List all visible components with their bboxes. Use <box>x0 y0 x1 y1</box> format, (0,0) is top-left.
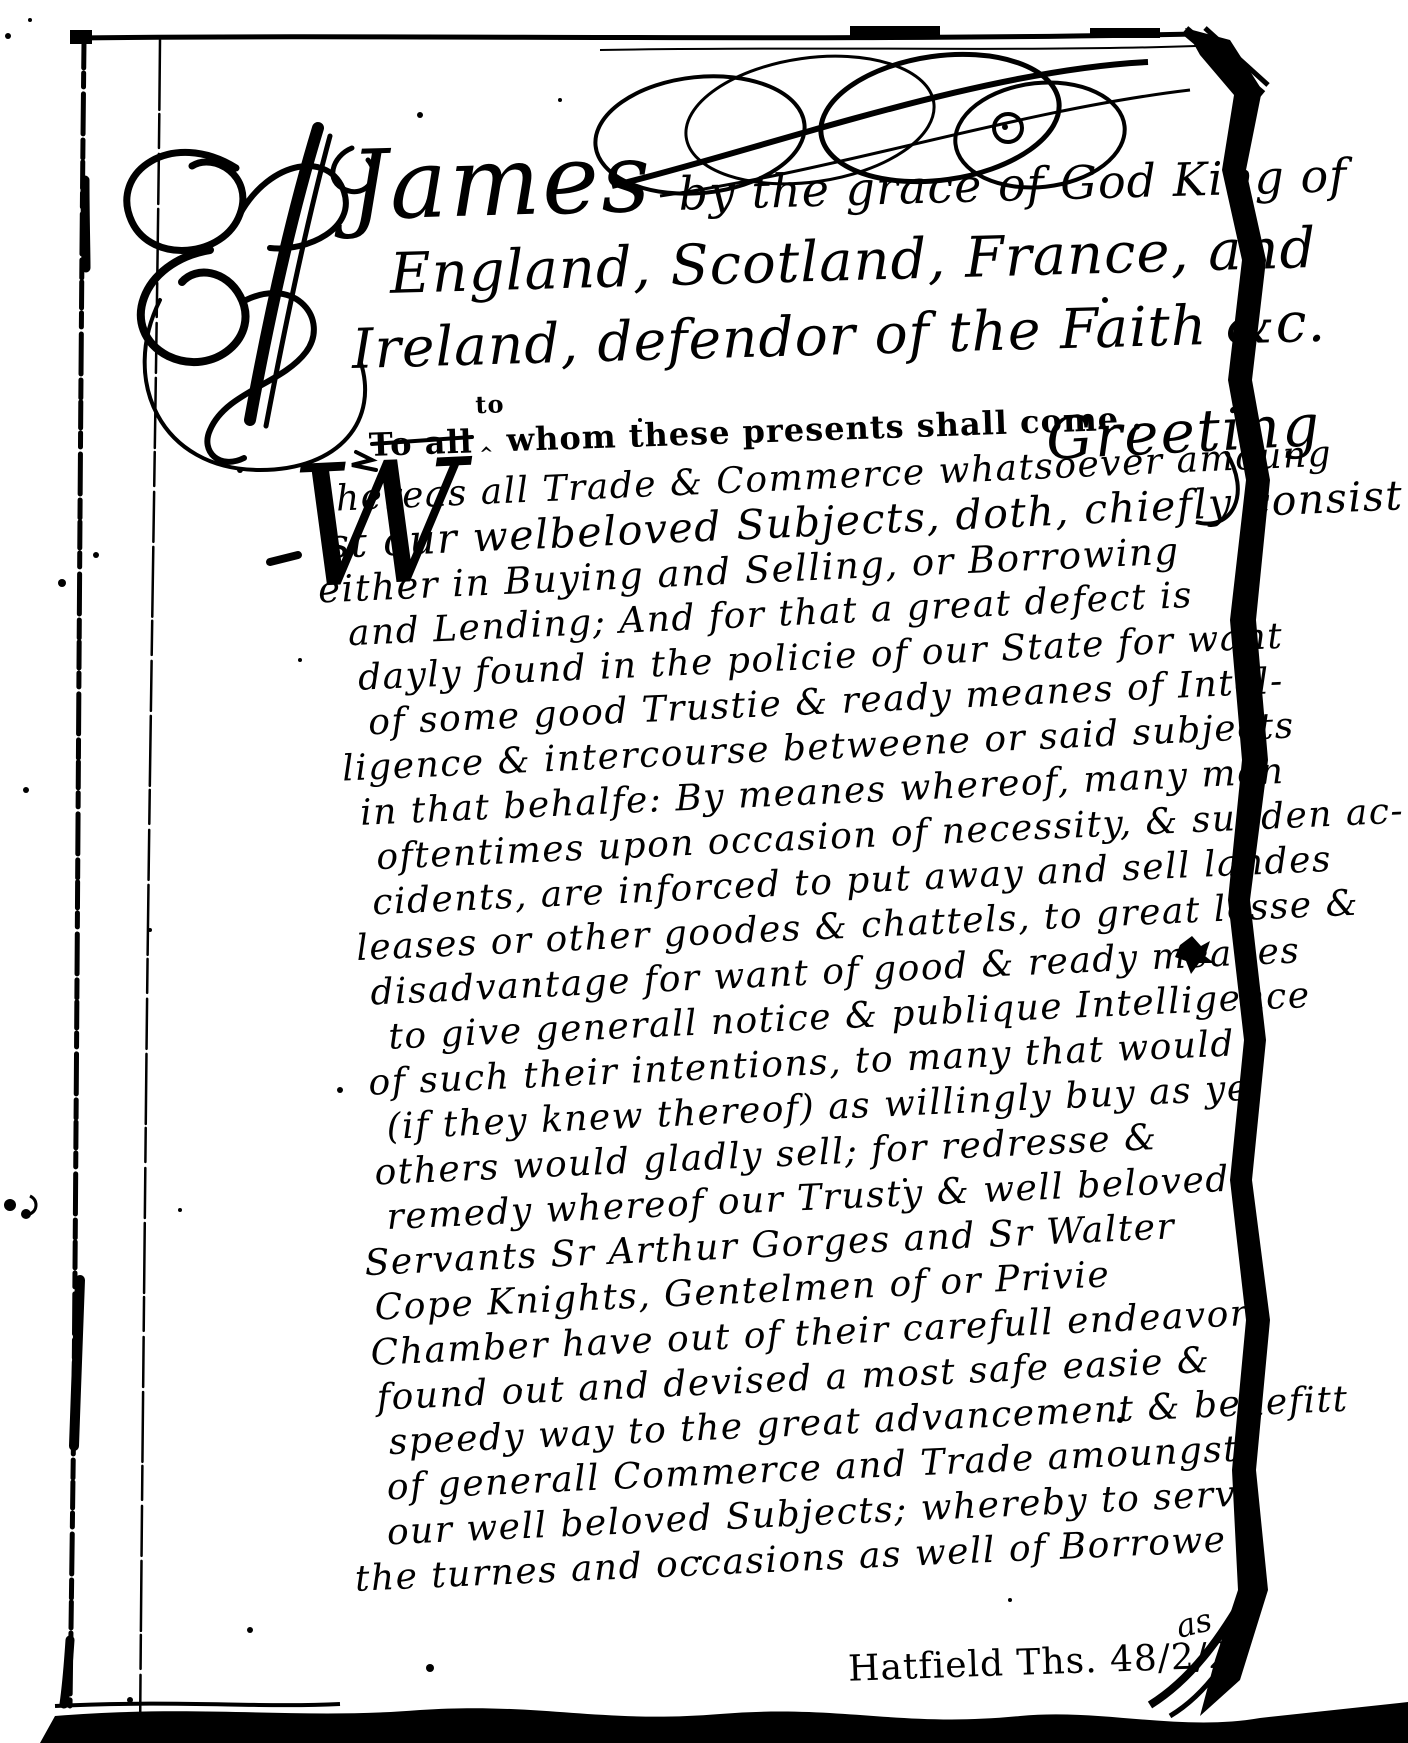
royal-style-text: by the grace of God King of <box>678 148 1348 221</box>
charter-body-text: W hereas all Trade & Commerce whatsoever… <box>305 434 1315 1601</box>
ornamental-monogram <box>127 128 373 470</box>
insertion-caret: ‸ <box>478 428 494 453</box>
inserted-word: to <box>475 389 505 419</box>
royal-title: James by the grace of God King of Englan… <box>348 110 1352 377</box>
manuscript-page: James by the grace of God King of Englan… <box>0 0 1408 1743</box>
interlinear-insertion: to‸ <box>472 411 507 452</box>
king-name: James <box>348 130 653 234</box>
drop-cap-w: W <box>287 437 469 613</box>
royal-title-line-1: James by the grace of God King of <box>348 110 1348 234</box>
